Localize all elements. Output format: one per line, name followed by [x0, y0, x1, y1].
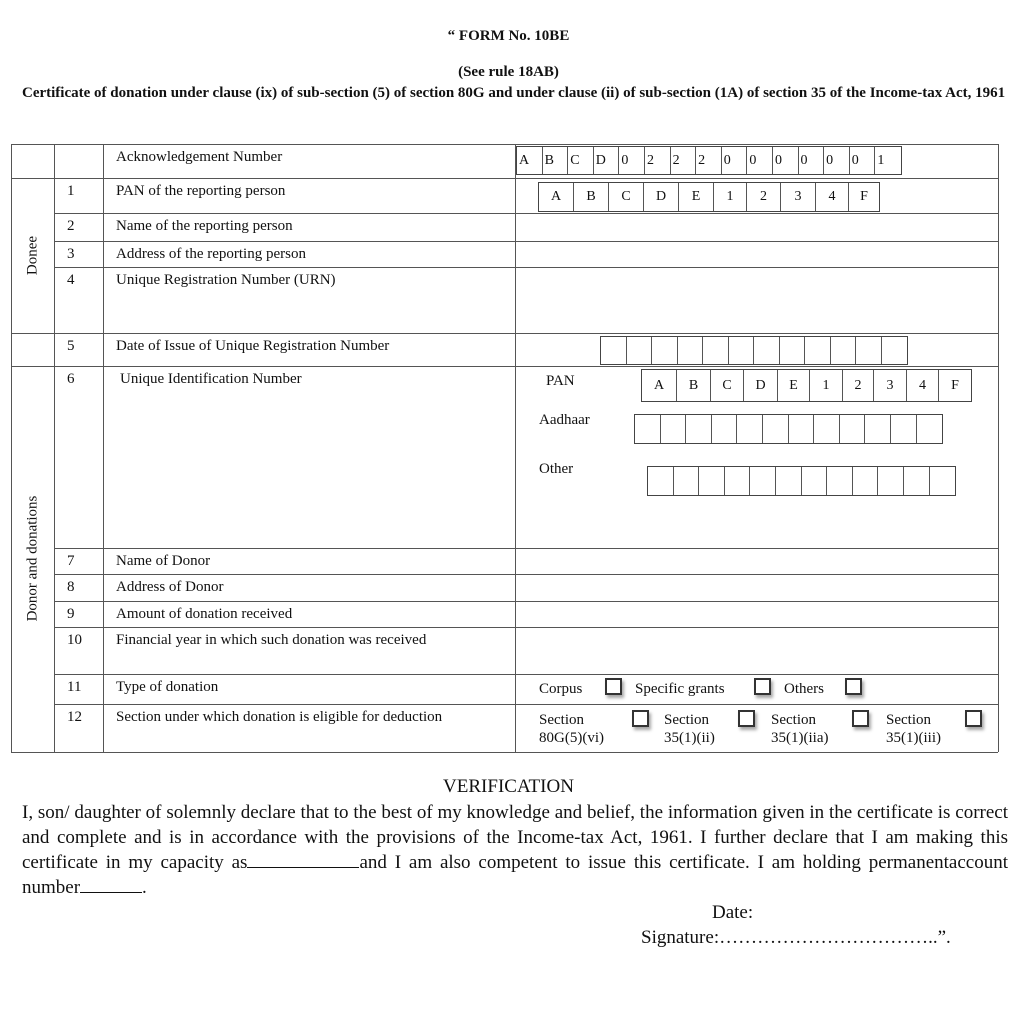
char-box[interactable]: B [574, 183, 609, 211]
char-box[interactable]: 0 [747, 147, 773, 174]
char-box[interactable]: 0 [773, 147, 799, 174]
char-box[interactable] [805, 337, 831, 364]
section-option-line1: Section [771, 712, 828, 728]
uin-other-label: Other [539, 461, 573, 478]
row-number: 4 [67, 272, 75, 289]
section-option-label: Section35(1)(iii) [886, 712, 941, 746]
char-box[interactable] [814, 415, 840, 443]
char-box[interactable] [754, 337, 780, 364]
table-rule [11, 144, 998, 145]
char-box[interactable] [827, 467, 853, 495]
row-number: 8 [67, 579, 75, 596]
row-label: Date of Issue of Unique Registration Num… [116, 338, 389, 355]
section-option-line2: 35(1)(ii) [664, 730, 715, 746]
row-label: Financial year in which such donation wa… [116, 632, 426, 649]
row-label: Unique Registration Number (URN) [116, 272, 336, 289]
char-box[interactable]: B [677, 370, 711, 401]
row-label: Type of donation [116, 679, 218, 696]
section-label-donor: Donor and donations [24, 459, 41, 659]
char-box[interactable] [627, 337, 653, 364]
row-label: Address of the reporting person [116, 246, 306, 263]
char-box[interactable]: 2 [747, 183, 781, 211]
char-box[interactable] [865, 415, 891, 443]
char-box[interactable]: C [568, 147, 594, 174]
row-label: PAN of the reporting person [116, 183, 285, 200]
section-checkbox-35-1-iia[interactable] [852, 710, 869, 727]
char-box[interactable]: 0 [799, 147, 825, 174]
char-box[interactable] [930, 467, 956, 495]
acknowledgement-number-boxes[interactable]: ABCD02220000001 [516, 146, 902, 175]
form-rule-reference: (See rule 18AB) [0, 64, 1017, 81]
char-box[interactable] [661, 415, 687, 443]
table-rule [54, 548, 998, 549]
char-box[interactable] [699, 467, 725, 495]
char-box[interactable] [635, 415, 661, 443]
form-title: “ FORM No. 10BE [0, 28, 1017, 45]
donation-type-label: Corpus [539, 681, 582, 697]
char-box[interactable]: 0 [824, 147, 850, 174]
char-box[interactable]: 2 [696, 147, 722, 174]
char-box[interactable]: 3 [781, 183, 816, 211]
char-box[interactable] [856, 337, 882, 364]
section-label-donee: Donee [24, 155, 41, 355]
char-box[interactable]: 4 [907, 370, 939, 401]
char-box[interactable]: 0 [619, 147, 645, 174]
section-option-line2: 35(1)(iia) [771, 730, 828, 746]
date-label: Date: [712, 902, 753, 924]
char-box[interactable]: 0 [722, 147, 748, 174]
verification-statement: I, son/ daughter of solemnly declare tha… [22, 800, 1008, 900]
char-box[interactable]: 2 [843, 370, 874, 401]
char-box[interactable] [712, 415, 738, 443]
table-rule [103, 144, 104, 752]
char-box[interactable]: A [539, 183, 574, 211]
char-box[interactable] [802, 467, 828, 495]
char-box[interactable]: E [679, 183, 714, 211]
other-id-boxes[interactable] [647, 466, 956, 496]
row-number: 9 [67, 606, 75, 623]
char-box[interactable] [678, 337, 704, 364]
donation-type-checkbox-corpus[interactable] [605, 678, 622, 695]
reporting-pan-boxes[interactable]: ABCDE1234F [538, 182, 880, 212]
section-option-label: Section80G(5)(vi) [539, 712, 604, 746]
char-box[interactable] [882, 337, 908, 364]
char-box[interactable]: 0 [850, 147, 876, 174]
row-number: 12 [67, 709, 82, 726]
urn-date-boxes[interactable] [600, 336, 908, 365]
signature-label: Signature:……………………………..”. [641, 927, 951, 949]
form-description: Certificate of donation under clause (ix… [22, 83, 1007, 103]
char-box[interactable] [831, 337, 857, 364]
row-number: 3 [67, 246, 75, 263]
row-number: 7 [67, 553, 75, 570]
row-label: Section under which donation is eligible… [116, 709, 442, 726]
char-box[interactable] [729, 337, 755, 364]
char-box[interactable]: E [778, 370, 810, 401]
char-box[interactable]: 1 [875, 147, 901, 174]
donor-pan-boxes[interactable]: ABCDE1234F [641, 369, 972, 402]
char-box[interactable] [737, 415, 763, 443]
row-number: 6 [67, 371, 75, 388]
char-box[interactable]: A [517, 147, 543, 174]
char-box[interactable] [780, 337, 806, 364]
donation-type-checkbox-specific-grants[interactable] [754, 678, 771, 695]
section-option-line2: 80G(5)(vi) [539, 730, 604, 746]
char-box[interactable] [763, 415, 789, 443]
donation-type-label: Specific grants [635, 681, 725, 697]
char-box[interactable]: C [609, 183, 644, 211]
char-box[interactable]: D [594, 147, 620, 174]
table-rule [515, 144, 516, 752]
row-label: Name of Donor [116, 553, 210, 570]
table-rule [11, 178, 998, 179]
table-rule [54, 601, 998, 602]
row-label: Amount of donation received [116, 606, 292, 623]
char-box[interactable] [853, 467, 879, 495]
char-box[interactable]: D [644, 183, 679, 211]
donation-type-checkbox-others[interactable] [845, 678, 862, 695]
acknowledgement-label: Acknowledgement Number [116, 149, 282, 166]
table-rule [54, 704, 998, 705]
char-box[interactable]: 2 [645, 147, 671, 174]
char-box[interactable] [652, 337, 678, 364]
row-number: 2 [67, 218, 75, 235]
table-rule [54, 674, 998, 675]
char-box[interactable] [703, 337, 729, 364]
section-checkbox-80g-5-vi[interactable] [632, 710, 649, 727]
char-box[interactable] [776, 467, 802, 495]
char-box[interactable] [674, 467, 700, 495]
verification-text-part3: . [142, 877, 147, 898]
char-box[interactable] [904, 467, 930, 495]
row-label: Name of the reporting person [116, 218, 293, 235]
char-box[interactable]: C [711, 370, 744, 401]
char-box[interactable]: F [849, 183, 879, 211]
char-box[interactable] [878, 467, 904, 495]
char-box[interactable]: 2 [671, 147, 697, 174]
section-option-line1: Section [886, 712, 941, 728]
row-label: Unique Identification Number [120, 371, 302, 388]
section-option-label: Section35(1)(iia) [771, 712, 828, 746]
table-rule [54, 574, 998, 575]
verification-title: VERIFICATION [0, 776, 1017, 798]
row-number: 10 [67, 632, 82, 649]
table-rule [54, 241, 998, 242]
donation-type-label: Others [784, 681, 824, 697]
char-box[interactable] [601, 337, 627, 364]
capacity-blank-field[interactable] [247, 851, 359, 868]
uin-aadhaar-label: Aadhaar [539, 412, 590, 429]
row-number: 11 [67, 679, 81, 696]
char-box[interactable] [840, 415, 866, 443]
table-rule [54, 267, 998, 268]
section-option-line2: 35(1)(iii) [886, 730, 941, 746]
char-box[interactable] [725, 467, 751, 495]
char-box[interactable]: 1 [810, 370, 843, 401]
char-box[interactable]: D [744, 370, 778, 401]
aadhaar-boxes[interactable] [634, 414, 943, 444]
table-rule [11, 366, 998, 367]
char-box[interactable] [686, 415, 712, 443]
char-box[interactable] [750, 467, 776, 495]
char-box[interactable] [891, 415, 917, 443]
table-rule [998, 144, 999, 752]
table-rule [54, 627, 998, 628]
row-label: Address of Donor [116, 579, 223, 596]
table-rule [11, 752, 998, 753]
pan-blank-field[interactable] [80, 876, 142, 893]
char-box[interactable] [789, 415, 815, 443]
char-box[interactable]: 3 [874, 370, 907, 401]
uin-pan-label: PAN [546, 373, 575, 390]
char-box[interactable]: A [642, 370, 677, 401]
char-box[interactable]: B [543, 147, 569, 174]
table-rule [11, 144, 12, 752]
table-rule [54, 144, 55, 752]
section-option-label: Section35(1)(ii) [664, 712, 715, 746]
char-box[interactable]: 4 [816, 183, 849, 211]
char-box[interactable] [917, 415, 943, 443]
section-checkbox-35-1-iii[interactable] [965, 710, 982, 727]
char-box[interactable] [648, 467, 674, 495]
table-rule [54, 213, 998, 214]
row-number: 1 [67, 183, 75, 200]
table-rule [11, 333, 998, 334]
section-option-line1: Section [539, 712, 604, 728]
char-box[interactable]: 1 [714, 183, 747, 211]
row-number: 5 [67, 338, 75, 355]
section-checkbox-35-1-ii[interactable] [738, 710, 755, 727]
char-box[interactable]: F [939, 370, 971, 401]
section-option-line1: Section [664, 712, 715, 728]
